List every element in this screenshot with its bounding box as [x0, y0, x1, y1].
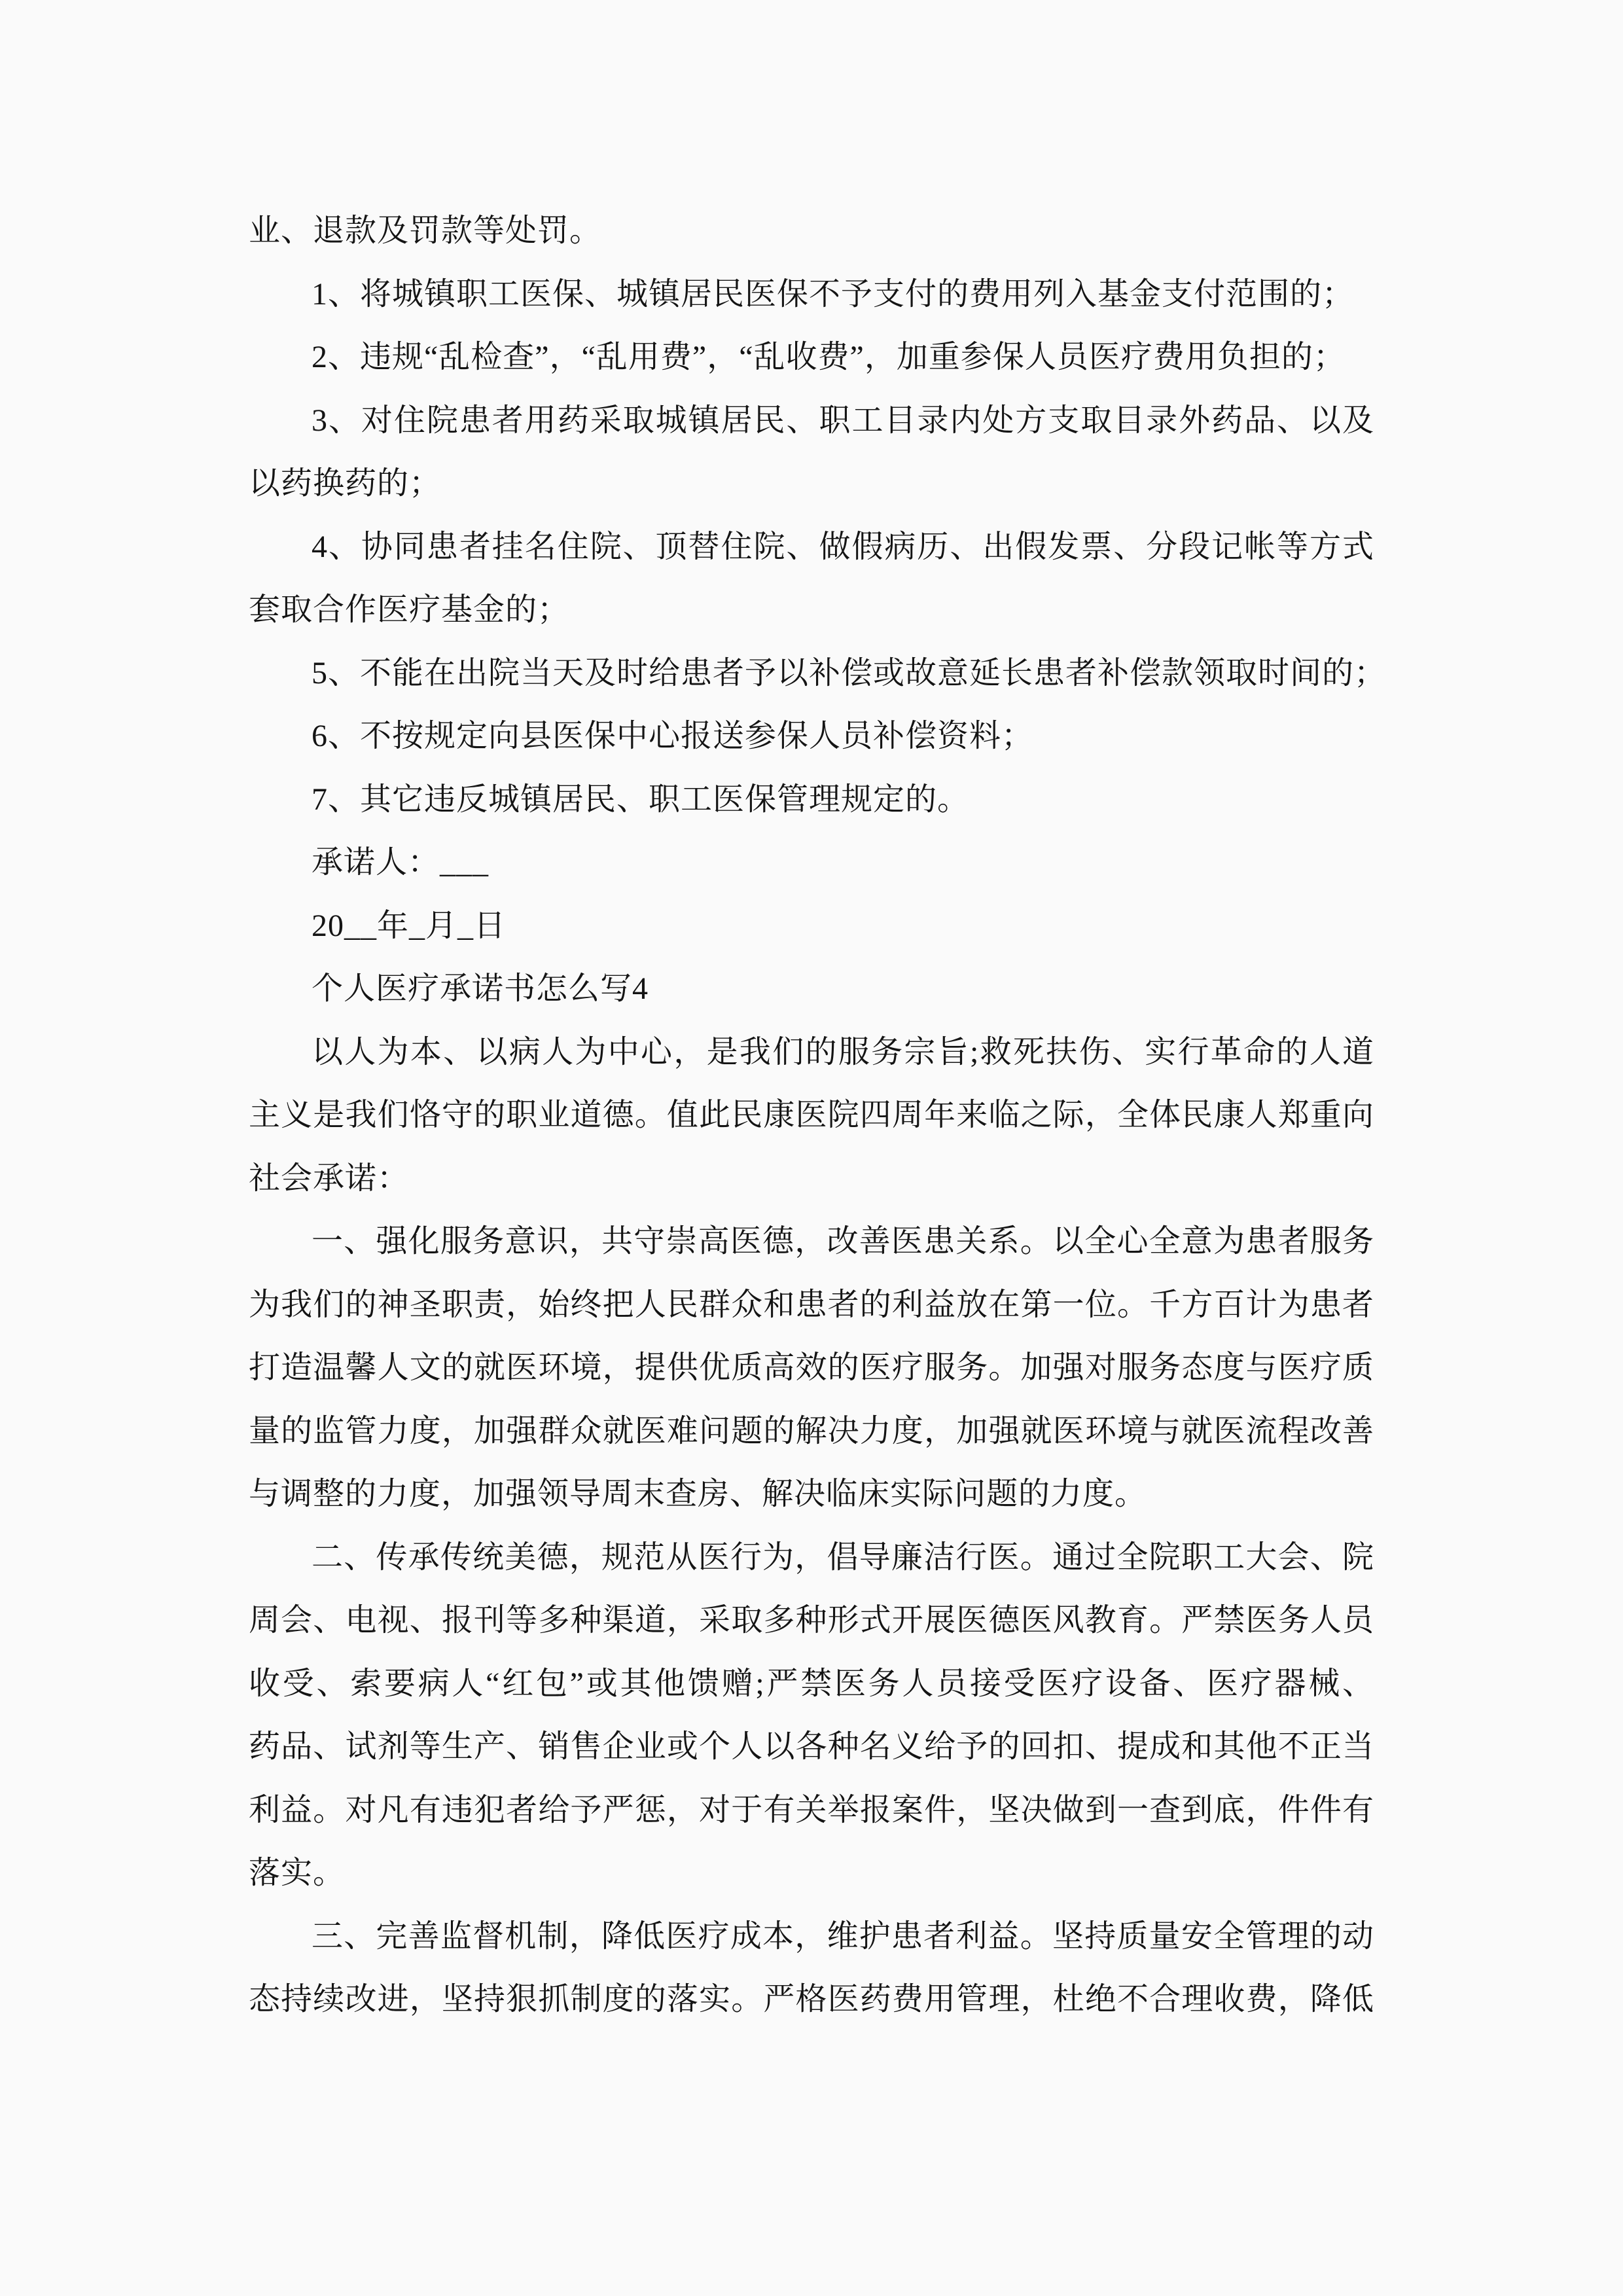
text-line: 药品、试剂等生产、销售企业或个人以各种名义给予的回扣、提成和其他不正当: [249, 1715, 1374, 1779]
text-line: 周会、电视、报刊等多种渠道，采取多种形式开展医德医风教育。严禁医务人员: [249, 1589, 1374, 1653]
text-line: 收受、索要病人“红包”或其他馈赠;严禁医务人员接受医疗设备、医疗器械、: [249, 1653, 1374, 1716]
text-line: 以人为本、以病人为中心，是我们的服务宗旨;救死扶伤、实行革命的人道: [249, 1021, 1374, 1085]
text-line: 量的监管力度，加强群众就医难问题的解决力度，加强就医环境与就医流程改善: [249, 1400, 1374, 1463]
text-line: 5、不能在出院当天及时给患者予以补偿或故意延长患者补偿款领取时间的；: [249, 642, 1374, 706]
text-line: 态持续改进，坚持狠抓制度的落实。严格医药费用管理，杜绝不合理收费，降低: [249, 1968, 1374, 2032]
text-line: 7、其它违反城镇居民、职工医保管理规定的。: [249, 768, 1374, 832]
text-line: 与调整的力度，加强领导周末查房、解决临床实际问题的力度。: [249, 1463, 1374, 1526]
text-line: 一、强化服务意识，共守崇高医德，改善医患关系。以全心全意为患者服务: [249, 1210, 1374, 1274]
text-line: 为我们的神圣职责，始终把人民群众和患者的利益放在第一位。千方百计为患者: [249, 1274, 1374, 1337]
text-line: 主义是我们恪守的职业道德。值此民康医院四周年来临之际，全体民康人郑重向: [249, 1084, 1374, 1147]
text-line: 二、传承传统美德，规范从医行为，倡导廉洁行医。通过全院职工大会、院: [249, 1526, 1374, 1590]
text-line: 4、协同患者挂名住院、顶替住院、做假病历、出假发票、分段记帐等方式: [249, 516, 1374, 579]
text-line: 3、对住院患者用药采取城镇居民、职工目录内处方支取目录外药品、以及: [249, 389, 1374, 453]
text-line: 业、退款及罚款等处罚。: [249, 200, 1374, 263]
text-line: 利益。对凡有违犯者给予严惩，对于有关举报案件，坚决做到一查到底，件件有: [249, 1779, 1374, 1842]
text-line: 落实。: [249, 1842, 1374, 1905]
text-line: 打造温馨人文的就医环境，提供优质高效的医疗服务。加强对服务态度与医疗质: [249, 1336, 1374, 1400]
text-line: 6、不按规定向县医保中心报送参保人员补偿资料；: [249, 705, 1374, 768]
text-line: 2、违规“乱检查”，“乱用费”，“乱收费”，加重参保人员医疗费用负担的；: [249, 326, 1374, 389]
text-line: 三、完善监督机制，降低医疗成本，维护患者利益。坚持质量安全管理的动: [249, 1905, 1374, 1969]
document-page: 业、退款及罚款等处罚。 1、将城镇职工医保、城镇居民医保不予支付的费用列入基金支…: [0, 0, 1623, 2296]
date-line: 20__年_月_日: [249, 895, 1374, 958]
text-line: 以药换药的；: [249, 452, 1374, 516]
section-title: 个人医疗承诺书怎么写4: [249, 958, 1374, 1021]
signature-line: 承诺人：___: [249, 831, 1374, 895]
text-line: 套取合作医疗基金的；: [249, 579, 1374, 642]
text-line: 社会承诺：: [249, 1147, 1374, 1211]
document-background: { "colors": { "page_background": "#fafaf…: [0, 0, 1623, 2296]
text-line: 1、将城镇职工医保、城镇居民医保不予支付的费用列入基金支付范围的；: [249, 263, 1374, 327]
